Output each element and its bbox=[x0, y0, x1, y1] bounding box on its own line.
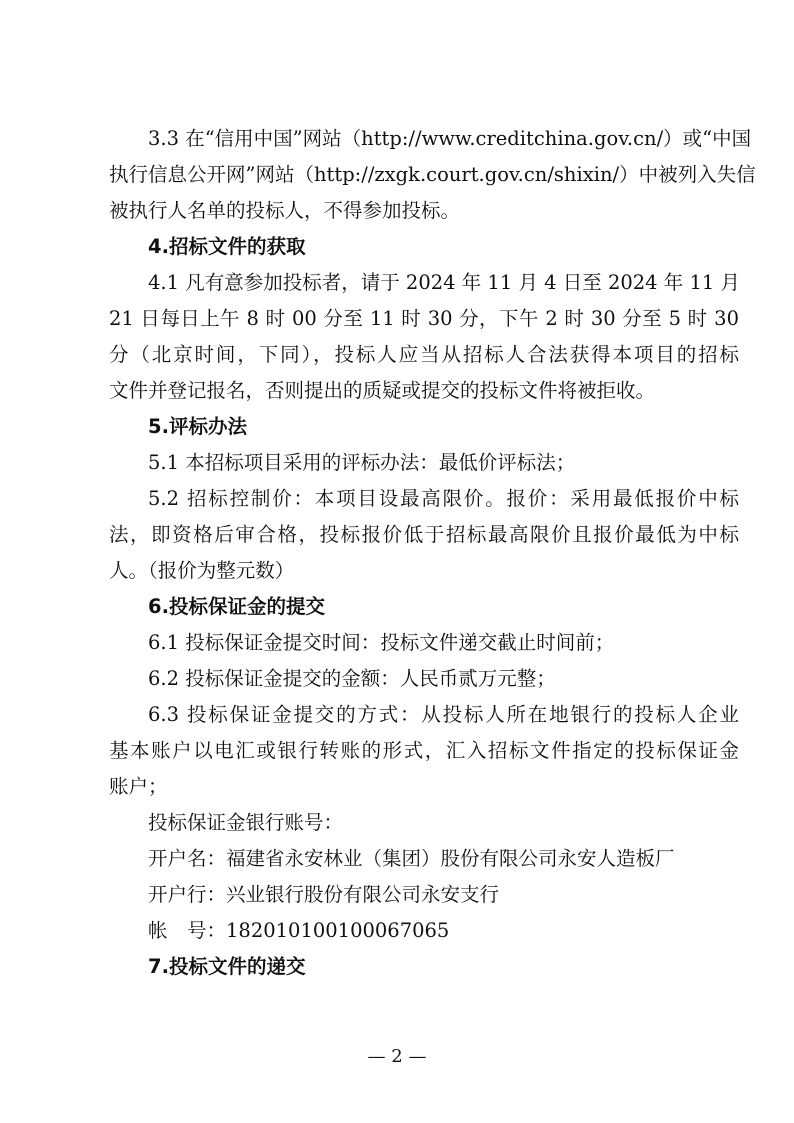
paragraph-line: 5.2 招标控制价：本项目设最高限价。报价：采用最低报价中标 bbox=[148, 489, 739, 509]
section-heading: 6.投标保证金的提交 bbox=[148, 597, 325, 617]
paragraph-line: 人。（报价为整元数） bbox=[109, 561, 294, 581]
paragraph-line: 3.3 在“信用中国”网站（http://www.creditchina.gov… bbox=[148, 129, 739, 149]
paragraph-line: 分（北京时间，下同），投标人应当从招标人合法获得本项目的招标 bbox=[109, 345, 739, 365]
section-heading: 7.投标文件的递交 bbox=[148, 957, 305, 977]
paragraph-line: 投标保证金银行账号： bbox=[148, 813, 343, 833]
paragraph-line: 法，即资格后审合格，投标报价低于招标最高限价且报价最低为中标 bbox=[109, 525, 739, 545]
paragraph-line: 执行信息公开网”网站（http://zxgk.court.gov.cn/shix… bbox=[109, 165, 739, 185]
paragraph-line: 21 日每日上午 8 时 00 分至 11 时 30 分，下午 2 时 30 分… bbox=[109, 309, 739, 329]
section-heading: 4.招标文件的获取 bbox=[148, 237, 305, 257]
paragraph-line: 开户名：福建省永安林业（集团）股份有限公司永安人造板厂 bbox=[148, 849, 675, 869]
paragraph-line: 账户； bbox=[109, 777, 168, 797]
paragraph-line: 帐 号：182010100100067065 bbox=[148, 921, 449, 941]
paragraph-line: 4.1 凡有意参加投标者，请于 2024 年 11 月 4 日至 2024 年 … bbox=[148, 273, 739, 293]
paragraph-line: 基本账户以电汇或银行转账的形式，汇入招标文件指定的投标保证金 bbox=[109, 741, 739, 761]
paragraph-line: 被执行人名单的投标人，不得参加投标。 bbox=[109, 201, 460, 221]
page-number: — 2 — bbox=[0, 1046, 794, 1067]
section-heading: 5.评标办法 bbox=[148, 417, 247, 437]
paragraph-line: 6.2 投标保证金提交的金额：人民币贰万元整； bbox=[148, 669, 556, 689]
paragraph-line: 开户行：兴业银行股份有限公司永安支行 bbox=[148, 885, 499, 905]
paragraph-line: 文件并登记报名，否则提出的质疑或提交的投标文件将被拒收。 bbox=[109, 381, 655, 401]
paragraph-line: 6.3 投标保证金提交的方式：从投标人所在地银行的投标人企业 bbox=[148, 705, 739, 725]
paragraph-line: 5.1 本招标项目采用的评标办法：最低价评标法； bbox=[148, 453, 575, 473]
paragraph-line: 6.1 投标保证金提交时间：投标文件递交截止时间前； bbox=[148, 633, 614, 653]
